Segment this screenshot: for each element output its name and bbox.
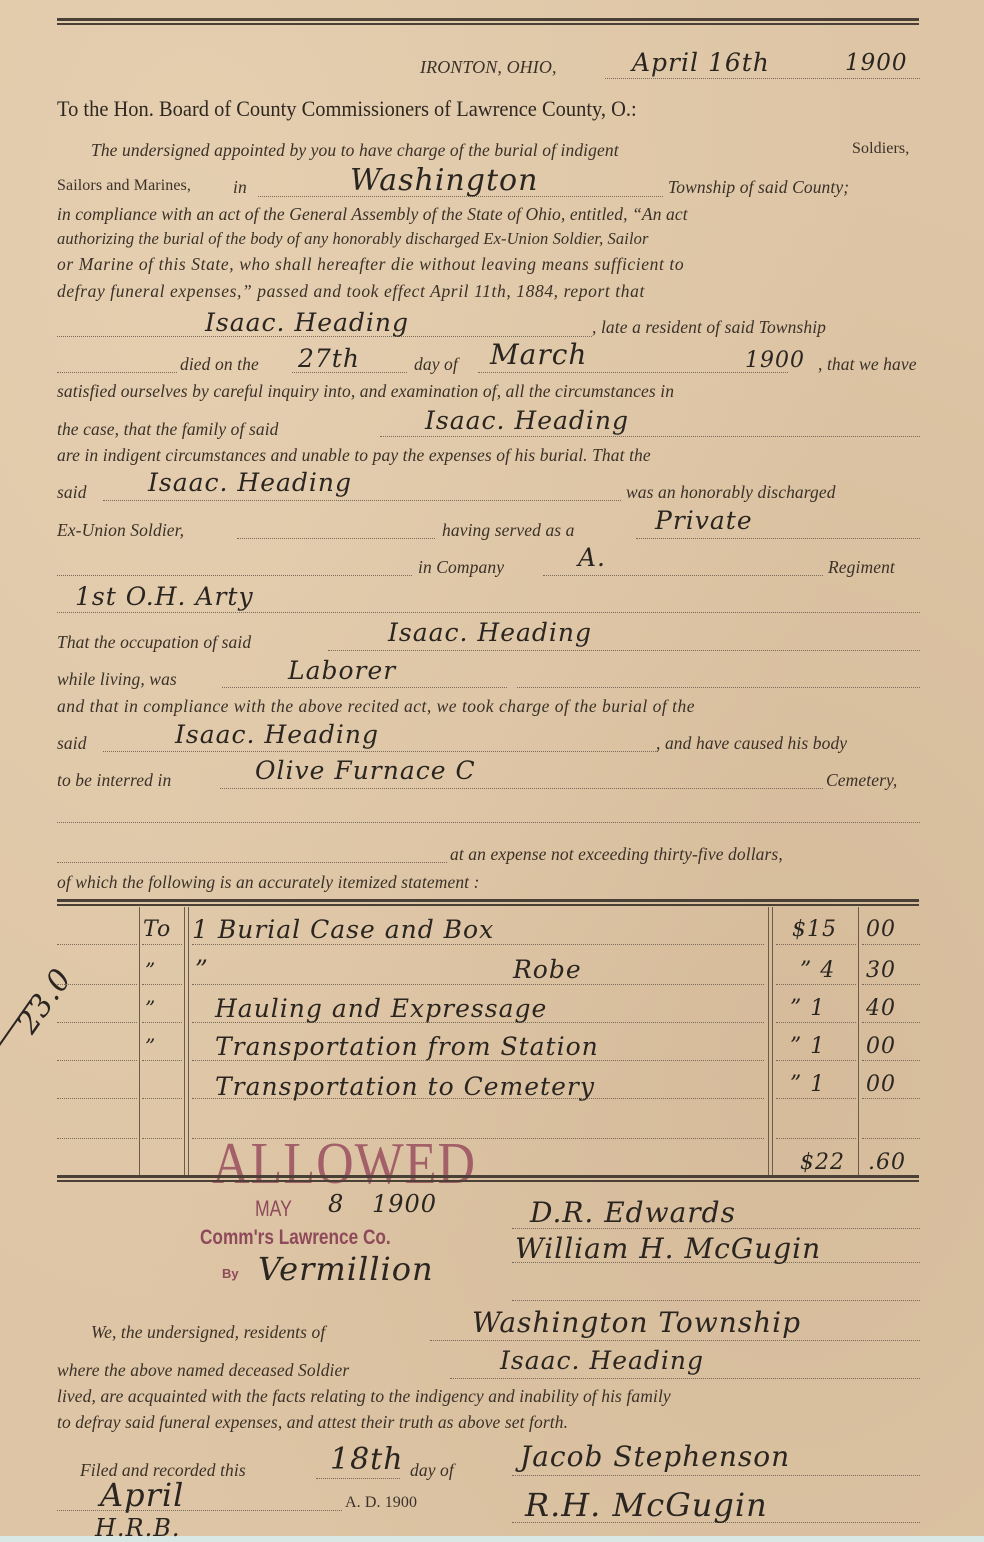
rank-handwritten: Private: [655, 506, 753, 535]
place-label: IRONTON, OHIO,: [420, 57, 557, 78]
residents-of-handwritten: Washington Township: [472, 1306, 801, 1339]
signature-line-3: [512, 1300, 920, 1301]
caused-body-label: , and have caused his body: [656, 733, 847, 754]
deceased-name-handwritten: Isaac. Heading: [205, 308, 409, 337]
occupation-name-line: [328, 650, 920, 651]
filed-day-of-label: day of: [410, 1460, 454, 1481]
ex-union-label: Ex-Union Soldier,: [57, 520, 184, 541]
died-line-lead: [57, 372, 177, 373]
stamp-date-month: MAY: [255, 1196, 292, 1222]
row-cents: 40: [866, 996, 896, 1021]
family-of-name-handwritten: Isaac. Heading: [425, 406, 629, 435]
col-divider-3a: [768, 907, 769, 1175]
family-of-label: the case, that the family of said: [57, 419, 279, 440]
attest-line-2: where the above named deceased Soldier: [57, 1360, 349, 1381]
said-label-2: said: [57, 733, 87, 754]
death-month-handwritten: March: [490, 338, 587, 371]
body-line-2-start: Sailors and Marines,: [57, 177, 191, 195]
top-double-rule: [57, 18, 919, 25]
compliance-line: and that in compliance with the above re…: [57, 696, 695, 717]
year-handwritten: 1900: [845, 50, 908, 76]
burial-name-line: [103, 751, 658, 752]
by-signature: Vermillion: [258, 1250, 434, 1288]
blank-line-1: [57, 822, 920, 823]
row-description: 1 Burial Case and Box: [192, 915, 494, 944]
body-line-6: defray funeral expenses,” passed and too…: [57, 281, 645, 302]
row-dollars: ” 1: [790, 1072, 825, 1097]
row-description: Transportation from Station: [215, 1032, 599, 1061]
body-line-4: authorizing the burial of the body of an…: [57, 229, 649, 249]
col-divider-2b: [188, 907, 189, 1175]
attest-signature-2: R.H. McGugin: [525, 1486, 768, 1524]
body-line-3: in compliance with an act of the General…: [57, 204, 688, 225]
regiment-label: Regiment: [828, 557, 895, 578]
body-line-7-end: , late a resident of said Township: [592, 317, 826, 338]
body-line-12-end: was an honorably discharged: [626, 482, 836, 503]
recorder-initials: H.R.B.: [95, 1514, 181, 1542]
stamp-date-year: 1900: [372, 1190, 437, 1218]
blank-line-2: [57, 862, 447, 863]
death-month-line: [478, 372, 788, 373]
row-mark: ”: [145, 996, 156, 1020]
burial-name-handwritten: Isaac. Heading: [175, 720, 379, 749]
commissioner-signature-1: D.R. Edwards: [530, 1196, 736, 1229]
soldier-name-handwritten: Isaac. Heading: [148, 468, 352, 497]
death-day-handwritten: 27th: [298, 344, 360, 373]
row-dollars: $15: [792, 917, 837, 942]
township-handwritten: Washington: [350, 163, 538, 198]
filed-ad-label: A. D. 1900: [345, 1494, 417, 1512]
expense-text: at an expense not exceeding thirty-five …: [450, 844, 783, 865]
attest-signature-line-1: [512, 1475, 920, 1476]
attest-line-1: We, the undersigned, residents of: [91, 1322, 325, 1343]
attest-signature-1: Jacob Stephenson: [520, 1440, 790, 1473]
cemetery-handwritten: Olive Furnace C: [255, 756, 476, 785]
body-line-8-end: , that we have: [818, 354, 917, 375]
interred-in-label: to be interred in: [57, 770, 171, 791]
filed-day-handwritten: 18th: [330, 1442, 404, 1477]
regiment-line: [57, 612, 920, 613]
died-on-label: died on the: [180, 354, 259, 375]
commissioner-signature-2: William H. McGugin: [515, 1232, 821, 1265]
ex-union-line: [237, 538, 435, 539]
regiment-handwritten: 1st O.H. Arty: [75, 582, 254, 611]
col-divider-4: [858, 907, 859, 1175]
cemetery-label: Cemetery,: [826, 770, 897, 791]
body-line-2-in: in: [233, 177, 247, 198]
day-of-label: day of: [414, 354, 458, 375]
family-of-line: [380, 436, 920, 437]
margin-note: 23.0: [10, 962, 79, 1040]
soldier-line: [450, 1378, 920, 1379]
attest-line-3: lived, are acquainted with the facts rel…: [57, 1386, 671, 1407]
cemetery-line: [220, 788, 823, 789]
row-mark: ”: [145, 1034, 156, 1058]
body-line-11: are in indigent circumstances and unable…: [57, 445, 651, 466]
attest-soldier-handwritten: Isaac. Heading: [500, 1346, 704, 1375]
body-line-9: satisfied ourselves by careful inquiry i…: [57, 381, 674, 402]
row-description: Hauling and Expressage: [215, 994, 547, 1023]
table-top-rule: [57, 899, 919, 906]
col-divider-3b: [772, 907, 773, 1175]
date-line: [605, 78, 920, 79]
occupation-of-label: That the occupation of said: [57, 632, 251, 653]
total-dollars: $22: [800, 1150, 845, 1175]
allowed-stamp: ALLOWED: [212, 1130, 476, 1198]
occupation-line-2: [517, 687, 920, 688]
row-cents: 00: [866, 917, 896, 942]
stamp-by: By: [222, 1266, 239, 1281]
row-cents: 00: [866, 1034, 896, 1059]
body-line-2-end: Township of said County;: [668, 177, 849, 198]
company-handwritten: A.: [578, 543, 606, 572]
occupation-line: [222, 687, 507, 688]
served-as-label: having served as a: [442, 520, 575, 541]
table-bottom-rule: [57, 1175, 919, 1182]
company-line-lead: [57, 575, 412, 576]
col-divider-1: [139, 907, 140, 1175]
itemized-text: of which the following is an accurately …: [57, 872, 480, 893]
stamp-date-day: 8: [328, 1190, 344, 1218]
burial-report-document: IRONTON, OHIO, April 16th 1900 To the Ho…: [0, 0, 984, 1536]
in-company-label: in Company: [418, 557, 504, 578]
row-dollars: ” 1: [790, 1034, 825, 1059]
row-cents: 00: [866, 1072, 896, 1097]
body-line-1: The undersigned appointed by you to have…: [91, 140, 619, 161]
death-year-handwritten: 1900: [745, 348, 805, 373]
row-mark: ”: [145, 958, 156, 982]
company-line: [543, 575, 823, 576]
addressee-heading: To the Hon. Board of County Commissioner…: [57, 96, 637, 122]
filed-month-handwritten: April: [100, 1476, 184, 1514]
row-description: ” Robe: [195, 955, 582, 984]
rank-line: [636, 538, 920, 539]
filed-day-line: [316, 1478, 400, 1479]
row-dollars: ” 1: [790, 996, 825, 1021]
said-label: said: [57, 482, 87, 503]
stamp-commissioners: Comm'rs Lawrence Co.: [200, 1226, 391, 1250]
soldier-name-line: [103, 500, 621, 501]
row-description: Transportation to Cemetery: [215, 1072, 595, 1101]
attest-line-4: to defray said funeral expenses, and att…: [57, 1412, 568, 1433]
col-divider-2a: [184, 907, 185, 1175]
total-cents: .60: [868, 1150, 906, 1175]
row-mark: To: [143, 917, 171, 942]
date-handwritten: April 16th: [632, 48, 770, 77]
occupation-name-handwritten: Isaac. Heading: [388, 618, 592, 647]
residents-of-line: [430, 1340, 920, 1341]
while-living-label: while living, was: [57, 669, 177, 690]
row-cents: 30: [866, 958, 896, 983]
row-dollars: ” 4: [800, 958, 835, 983]
body-line-1-end: Soldiers,: [852, 140, 909, 158]
body-line-5: or Marine of this State, who shall herea…: [57, 254, 684, 275]
occupation-handwritten: Laborer: [288, 656, 396, 685]
